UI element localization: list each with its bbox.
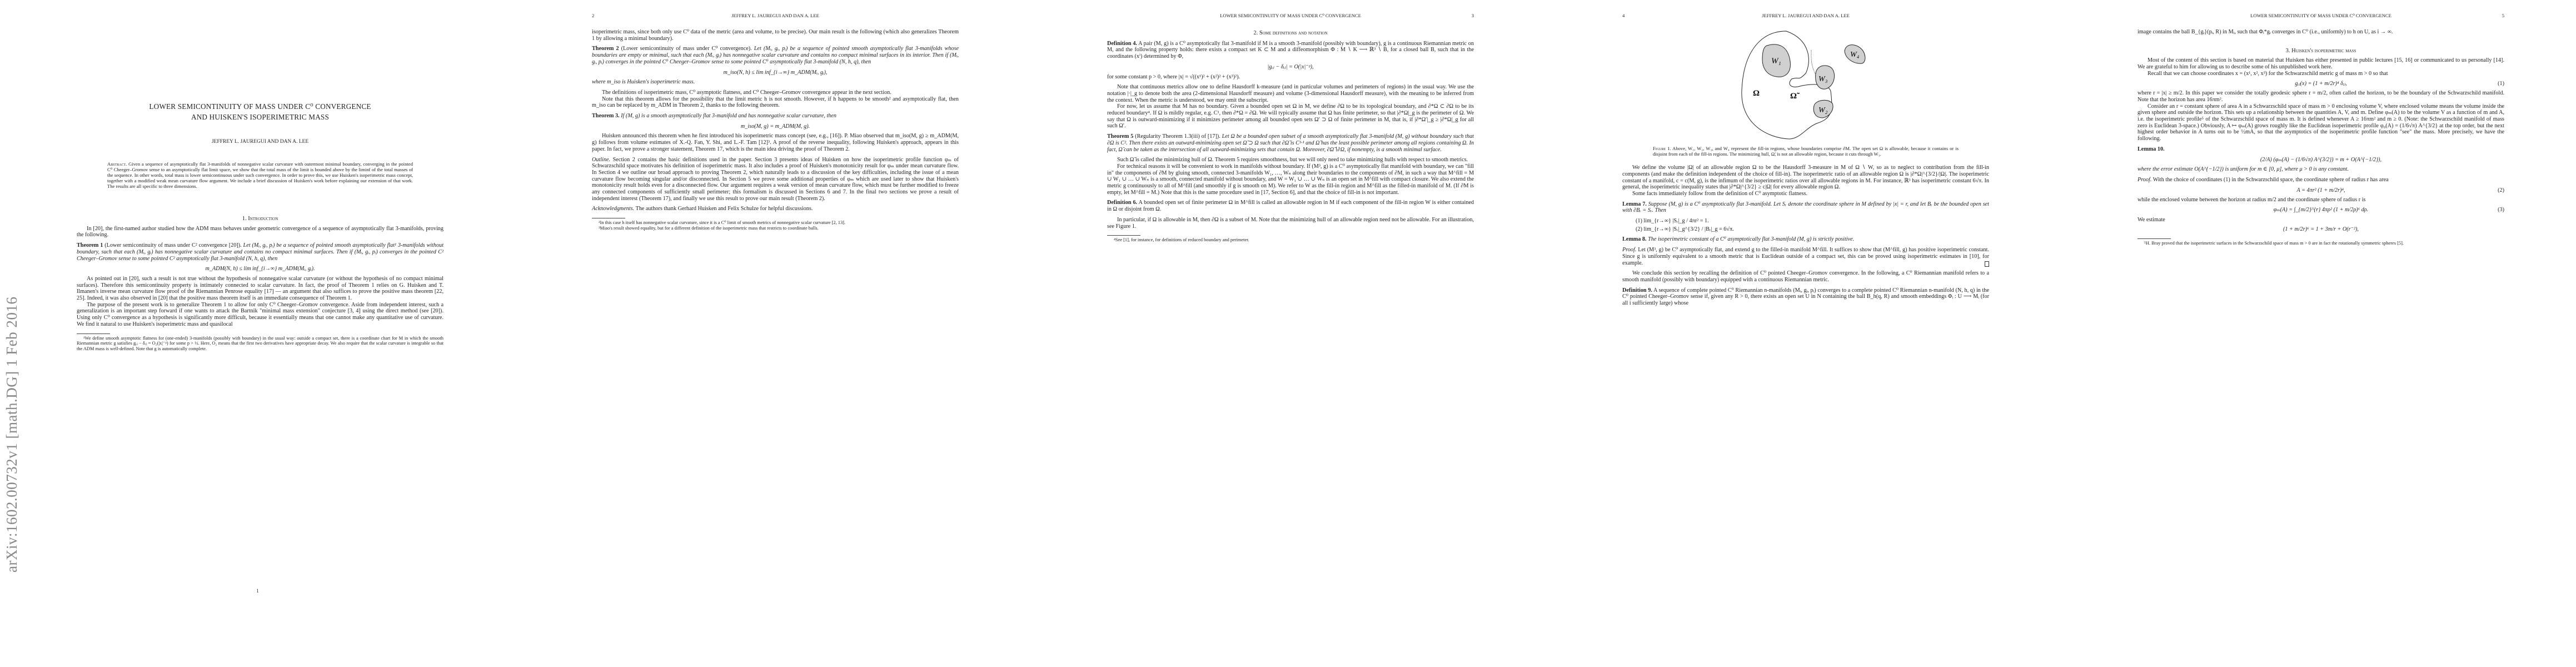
lemma-item: (1) lim_{r→∞} |Sᵣ|_g / 4πr² = 1. [1636, 218, 1989, 225]
abstract-label: Abstract. [107, 161, 127, 167]
equation-number: (1) [2498, 81, 2504, 87]
paragraph: The definitions of isoperimetric mass, C… [592, 89, 959, 96]
qed-icon [1985, 261, 1989, 267]
lemma-body: Suppose (M, g) is a C⁰ asymptotically fl… [1622, 201, 1989, 214]
running-head: LOWER SEMICONTINUITY OF MASS UNDER C⁰ CO… [1107, 13, 1474, 19]
paragraph: The purpose of the present work is to ge… [77, 302, 444, 328]
page-number: 1 [0, 588, 515, 594]
equation: |gᵢⱼ − δᵢⱼ| = O(|x|⁻ᵖ), [1107, 64, 1474, 71]
page-5-body: image contains the ball B_{gᵢ}(pᵢ, R) in… [2137, 29, 2504, 246]
footnote-rule [592, 218, 625, 218]
theorem-label: Theorem 1 [77, 242, 103, 248]
proof: Proof. Let (M³, g) be C⁰ asymptotically … [1622, 247, 1989, 266]
lemma-label: Lemma 10. [2137, 146, 2165, 152]
abstract: Abstract. Given a sequence of asymptotic… [107, 161, 413, 189]
page-number: 4 [1622, 13, 1625, 18]
proof-text: With the choice of coordinates (1) in th… [2153, 177, 2389, 183]
page-2-body: isoperimetric mass, since both only use … [592, 29, 959, 231]
footnote-rule [2137, 238, 2171, 239]
paragraph: In particular, if Ω is allowable in M, t… [1107, 217, 1474, 230]
definition-body: A pair (M, g) is a C⁰ asymptotically fla… [1107, 41, 1474, 59]
paragraph: Some facts immediately follow from the d… [1622, 191, 1989, 197]
lemma-10: Lemma 10. [2137, 146, 2504, 153]
theorem-5: Theorem 5 (Regularity Theorem 1.3(iii) o… [1107, 133, 1474, 153]
figure-caption: Figure 1. Above, W₁, W₂, W₃, and W₄ repr… [1653, 146, 1959, 157]
paragraph: For now, let us assume that M has no bou… [1107, 103, 1474, 130]
lemma-label: Lemma 7. [1622, 201, 1647, 207]
page-4-body: W₁ W₂ W₃ W₄ Ω Ω̃ Figure 1. Above, W₁, W₂… [1622, 29, 1989, 311]
proof: Proof. With the choice of coordinates (1… [2137, 177, 2504, 183]
equation-body: A = 4πr² (1 + m/2r)⁴, [2297, 187, 2345, 193]
label-w1: W₁ [1771, 57, 1781, 66]
running-head-text: JEFFREY L. JAUREGUI AND DAN A. LEE [1762, 13, 1850, 18]
footnote-4: ⁴See [1], for instance, for definitions … [1107, 237, 1474, 243]
page-4: 4 JEFFREY L. JAUREGUI AND DAN A. LEE W₁ … [1546, 0, 2061, 667]
section-heading-3: 3. Huisken's isoperimetric mass [2137, 48, 2504, 54]
equation-body: gᵢⱼ(x) = (1 + m/2r)⁴ δᵢⱼ, [2295, 81, 2346, 87]
paragraph: We estimate [2137, 217, 2504, 223]
caption-label: Figure 1. [1653, 146, 1671, 151]
theorem-note: (Lower semicontinuity of mass under C⁰ c… [621, 46, 752, 52]
theorem-note: (Regularity Theorem 1.3(iii) of [17]). [1135, 133, 1220, 140]
page-2: 2 JEFFREY L. JAUREGUI AND DAN A. LEE iso… [515, 0, 1030, 667]
title-line-2: AND HUISKEN'S ISOPERIMETRIC MASS [77, 112, 444, 122]
theorem-tail: where m_iso is Huisken's isoperimetric m… [592, 79, 959, 86]
section-heading-2: 2. Some definitions and notation [1107, 30, 1474, 37]
definition-4: Definition 4. A pair (M, g) is a C⁰ asym… [1107, 41, 1474, 60]
label-w4: W₄ [1850, 51, 1860, 59]
page-number: 5 [2502, 13, 2504, 18]
paragraph: Note that continuous metrics allow one t… [1107, 84, 1474, 103]
equation-4: (1 + m/2r)⁶ = 1 + 3m/r + O(r⁻²), [2137, 226, 2504, 233]
paragraph: Recall that we can choose coordinates x … [2137, 71, 2504, 77]
paragraph: where r = |x| ≥ m/2. In this paper we co… [2137, 90, 2504, 103]
running-head-text: LOWER SEMICONTINUITY OF MASS UNDER C⁰ CO… [2250, 13, 2391, 18]
label-omega-tilde: Ω̃ [1790, 92, 1800, 101]
theorem-1: Theorem 1 (Lower semicontinuity of mass … [77, 242, 444, 262]
running-head-text: JEFFREY L. JAUREGUI AND DAN A. LEE [731, 13, 819, 18]
footnote-5: ⁵H. Bray proved that the isoperimetric s… [2137, 241, 2504, 246]
outline-text: Section 2 contains the basic definitions… [592, 157, 959, 202]
equation-number: (2) [2498, 187, 2504, 194]
proof-label: Proof. [2137, 177, 2151, 183]
theorem-3: Theorem 3. If (M, g) is a smooth asympto… [592, 113, 959, 120]
paragraph: while the enclosed volume between the ho… [2137, 197, 2504, 203]
footnote-2: ²In this case h itself has nonnegative s… [592, 220, 959, 226]
ack-text: The authors thank Gerhard Huisken and Fe… [635, 206, 813, 212]
paragraph: We define the volume |Ω| of an allowable… [1622, 165, 1989, 191]
lemma-item: (2) lim_{r→∞} |Sᵣ|_g^{3/2} / |Bᵣ|_g = 6√… [1636, 226, 1989, 233]
equation: m_iso(N, h) ≤ lim inf_{i→∞} m_ADM(Mᵢ, gᵢ… [592, 69, 959, 76]
footnote-3: ³Miao's result showed equality, but for … [592, 226, 959, 231]
definition-label: Definition 6. [1107, 200, 1137, 206]
fill-in-regions-diagram: W₁ W₂ W₃ W₄ Ω Ω̃ [1728, 29, 1884, 140]
paragraph: for some constant p > 0, where |x| = √((… [1107, 74, 1474, 81]
theorem-body: If (M, g) is a smooth asymptotically fla… [621, 113, 836, 119]
footnote-1: ¹We define smooth asymptotic flatness fo… [77, 336, 444, 352]
caption-text: Above, W₁, W₂, W₃, and W₄ represent the … [1653, 146, 1959, 157]
theorem-label: Theorem 5 [1107, 133, 1133, 140]
definition-label: Definition 9. [1622, 287, 1652, 293]
page-3-body: 2. Some definitions and notation Definit… [1107, 24, 1474, 243]
definition-6: Definition 6. A bounded open set of fini… [1107, 200, 1474, 212]
paragraph: In [20], the first-named author studied … [77, 226, 444, 238]
paragraph: Note that this theorem allows for the po… [592, 96, 959, 109]
footnote-rule [77, 333, 110, 334]
equation-3: φₘ(A) = ∫_{m/2}^{r} 4πρ² (1 + m/2ρ)⁶ dρ.… [2137, 207, 2504, 213]
lemma-8: Lemma 8. The isoperimetric constant of a… [1622, 236, 1989, 243]
theorem-label: Theorem 3. [592, 113, 620, 119]
label-omega: Ω [1753, 89, 1760, 98]
page-number: 2 [592, 13, 594, 18]
equation-body: φₘ(A) = ∫_{m/2}^{r} 4πρ² (1 + m/2ρ)⁶ dρ. [2274, 207, 2368, 213]
ack-label: Acknowledgments. [592, 206, 634, 212]
lemma-7-items: (1) lim_{r→∞} |Sᵣ|_g / 4πr² = 1. (2) lim… [1636, 218, 1989, 232]
paragraph: Most of the content of this section is b… [2137, 57, 2504, 70]
lemma-7: Lemma 7. Suppose (M, g) is a C⁰ asymptot… [1622, 201, 1989, 214]
paragraph: Consider an r = constant sphere of area … [2137, 103, 2504, 142]
equation-2: A = 4πr² (1 + m/2r)⁴, (2) [2137, 187, 2504, 194]
acknowledgments: Acknowledgments. The authors thank Gerha… [592, 206, 959, 212]
page-1-body: 1. Introduction In [20], the first-named… [77, 210, 444, 352]
definition-body: A bounded open set of finite perimeter Ω… [1107, 200, 1474, 212]
equation: m_iso(M, g) = m_ADM(M, g). [592, 123, 959, 130]
label-w2: W₂ [1818, 106, 1828, 115]
equation: (2/A) (φₘ(A) − (1/6√π) A^{3/2}) = m + O(… [2137, 157, 2504, 163]
page-1: arXiv:1602.00732v1 [math.DG] 1 Feb 2016 … [0, 0, 515, 667]
abstract-text: Given a sequence of asymptotically flat … [107, 161, 413, 189]
outline: Outline. Section 2 contains the basic de… [592, 157, 959, 202]
proof-text: Let (M³, g) be C⁰ asymptotically flat, a… [1622, 247, 1989, 266]
arxiv-stamp: arXiv:1602.00732v1 [math.DG] 1 Feb 2016 [3, 297, 21, 573]
definition-body: A sequence of complete pointed C⁰ Rieman… [1622, 287, 1989, 306]
equation-number: (3) [2498, 207, 2504, 213]
proof-label: Proof. [1622, 247, 1636, 253]
lemma-label: Lemma 8. [1622, 236, 1647, 242]
equation-1: gᵢⱼ(x) = (1 + m/2r)⁴ δᵢⱼ, (1) [2137, 81, 2504, 87]
section-heading-1: 1. Introduction [77, 216, 444, 222]
footnote-rule [1107, 235, 1140, 236]
paper-title: LOWER SEMICONTINUITY OF MASS UNDER C⁰ CO… [77, 101, 444, 122]
authors: JEFFREY L. JAUREGUI AND DAN A. LEE [77, 139, 444, 145]
paragraph: Huisken announced this theorem when he f… [592, 133, 959, 152]
lemma-tail: where the error estimate O(A^{−1/2}) is … [2137, 166, 2504, 173]
paragraph: For technical reasons it will be conveni… [1107, 163, 1474, 196]
paragraph: isoperimetric mass, since both only use … [592, 29, 959, 42]
paragraph: image contains the ball B_{gᵢ}(pᵢ, R) in… [2137, 29, 2504, 36]
equation: m_ADM(N, h) ≤ lim inf_{i→∞} m_ADM(Mᵢ, gᵢ… [77, 266, 444, 272]
page-3: LOWER SEMICONTINUITY OF MASS UNDER C⁰ CO… [1030, 0, 1546, 667]
paragraph: Such Ω̃ is called the minimizing hull of… [1107, 157, 1474, 163]
definition-label: Definition 4. [1107, 41, 1137, 47]
figure-1: W₁ W₂ W₃ W₄ Ω Ω̃ Figure 1. Above, W₁, W₂… [1622, 29, 1989, 157]
running-head: 4 JEFFREY L. JAUREGUI AND DAN A. LEE [1622, 13, 1989, 18]
running-head: 2 JEFFREY L. JAUREGUI AND DAN A. LEE [592, 13, 959, 18]
paragraph: As pointed out in [20], such a result is… [77, 276, 444, 302]
label-w3: W₃ [1818, 75, 1828, 83]
running-head-text: LOWER SEMICONTINUITY OF MASS UNDER C⁰ CO… [1220, 13, 1361, 18]
paragraph: We conclude this section by recalling th… [1622, 270, 1989, 283]
theorem-label: Theorem 2 [592, 46, 619, 52]
theorem-note: (Lower semicontinuity of mass under C² c… [104, 242, 241, 248]
lemma-body: The isoperimetric constant of a C⁰ asymp… [1648, 236, 1854, 242]
page-5: LOWER SEMICONTINUITY OF MASS UNDER C⁰ CO… [2061, 0, 2576, 667]
title-line-1: LOWER SEMICONTINUITY OF MASS UNDER C⁰ CO… [77, 101, 444, 112]
page-number: 3 [1472, 13, 1474, 18]
running-head: LOWER SEMICONTINUITY OF MASS UNDER C⁰ CO… [2137, 13, 2504, 19]
definition-9: Definition 9. A sequence of complete poi… [1622, 287, 1989, 307]
outline-label: Outline. [592, 157, 610, 163]
theorem-2: Theorem 2 (Lower semicontinuity of mass … [592, 46, 959, 65]
